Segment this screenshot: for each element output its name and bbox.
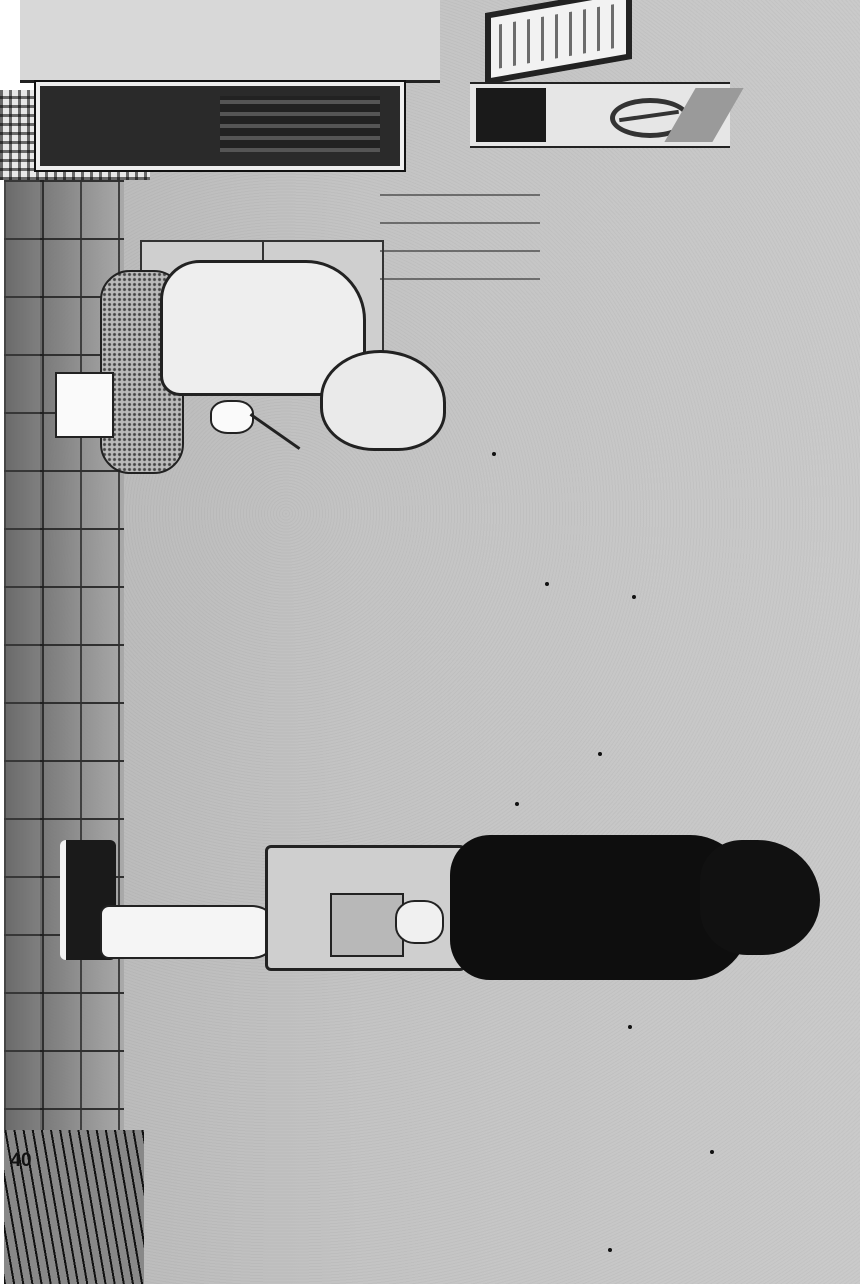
shop-wall (20, 0, 440, 83)
wall-sign (470, 82, 730, 148)
shorts-pocket (330, 893, 404, 957)
speck (628, 1025, 632, 1029)
page-number: 40 (8, 1150, 34, 1172)
standing-figure-hand (395, 900, 444, 944)
wall-lines (380, 180, 540, 280)
speck (632, 595, 636, 599)
standing-figure-hood (700, 840, 820, 955)
sign-dark-panel (476, 88, 546, 142)
speck (608, 1248, 612, 1252)
speck (545, 582, 549, 586)
watermark (10, 1258, 220, 1278)
manga-page: 40 (0, 0, 860, 1284)
speck (598, 752, 602, 756)
speck (492, 452, 496, 456)
standing-figure-legs (100, 905, 279, 959)
vending-machine-display (220, 96, 380, 152)
vending-machine (36, 82, 404, 170)
seated-figure-hands (210, 400, 254, 434)
sign-text-lines (499, 4, 618, 69)
speck (710, 1150, 714, 1154)
box (55, 372, 114, 438)
speck (515, 802, 519, 806)
seated-figure-hood (320, 350, 446, 451)
